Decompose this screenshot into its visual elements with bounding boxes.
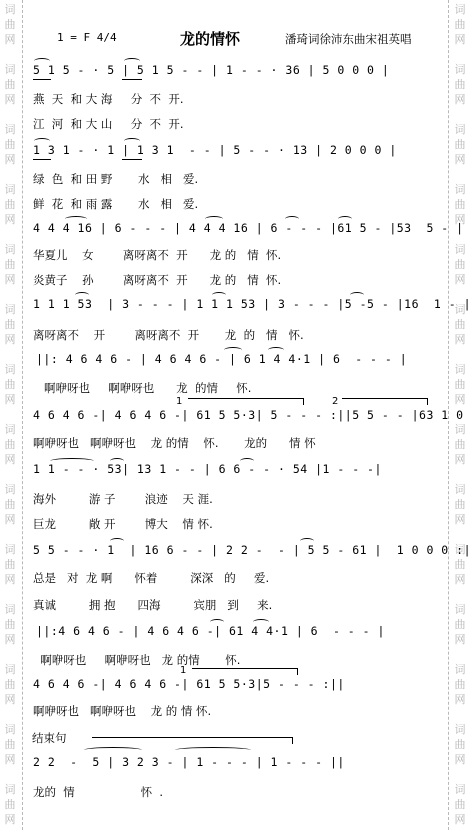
lyric-line-5: 啊咿呀也 啊咿呀也 龙 的情 怀. xyxy=(33,380,470,396)
slur xyxy=(212,292,226,298)
notation-line-7: 1 1 - - · 53| 13 1 - - | 6 6 - - · 54 |1… xyxy=(33,462,470,476)
underline-beam xyxy=(122,159,142,160)
slur xyxy=(210,619,224,625)
lyric-line-7b: 巨龙 敞 开 博大 情 怀. xyxy=(33,516,470,532)
slur xyxy=(124,58,140,64)
song-credits: 潘琦词徐沛东曲宋祖英唱 xyxy=(285,31,412,47)
ending-2-bracket xyxy=(342,398,428,405)
underline-beam xyxy=(33,79,51,80)
margin-divider-left xyxy=(22,0,23,830)
score-header: 1 = F 4/4 龙的情怀 潘琦词徐沛东曲宋祖英唱 xyxy=(0,28,470,48)
slur xyxy=(350,292,364,298)
lyric-line-7a: 海外 游 子 浪迹 天 涯. xyxy=(33,491,470,507)
notation-line-11: 2 2 - 5 | 3 2 3 - | 1 - - - | 1 - - - || xyxy=(33,755,470,769)
notation-line-1: 5 1 5 - · 5 | 5 1 5 - - | 1 - - · 36 | 5… xyxy=(33,63,470,77)
watermark-text: 词曲网 xyxy=(0,662,20,707)
slur xyxy=(175,747,251,753)
slur xyxy=(75,292,89,298)
watermark-text: 词曲网 xyxy=(0,482,20,527)
lyric-line-1a: 燕 天 和 大 海 分 不 开. xyxy=(33,91,470,107)
notation-line-4: 1 1 1 53 | 3 - - - | 1 1 1 53 | 3 - - - … xyxy=(33,297,470,311)
slur xyxy=(124,138,140,144)
ending-1-bracket xyxy=(188,398,304,405)
slur xyxy=(50,458,94,464)
slur xyxy=(224,347,242,353)
underline-beam xyxy=(33,159,51,160)
lyric-line-3b: 炎黄子 孙 离呀离不 开 龙 的 情 怀. xyxy=(33,272,470,288)
watermark-text: 词曲网 xyxy=(0,362,20,407)
lyric-line-11: 龙的 情 怀 . xyxy=(33,784,470,800)
ending-2-label: 2 xyxy=(332,396,338,407)
slur xyxy=(65,216,87,222)
slur xyxy=(240,458,254,464)
slur xyxy=(300,538,314,544)
slur xyxy=(253,619,269,625)
lyric-line-2a: 绿 色 和 田 野 水 相 爱. xyxy=(33,171,470,187)
watermark-text: 词曲网 xyxy=(0,242,20,287)
watermark-text: 词曲网 xyxy=(0,122,20,167)
notation-line-10: 4 6 4 6 -| 4 6 4 6 -| 61 5 5·3|5 - - - :… xyxy=(33,677,470,691)
slur xyxy=(110,458,124,464)
notation-line-6: 4 6 4 6 -| 4 6 4 6 -| 61 5 5·3| 5 - - - … xyxy=(33,408,470,422)
watermark-text: 词曲网 xyxy=(0,182,20,227)
slur xyxy=(205,216,223,222)
coda-label: 结束句 xyxy=(32,730,67,746)
lyric-line-1b: 江 河 和 大 山 分 不 开. xyxy=(33,116,470,132)
lyric-line-6: 啊咿呀也 啊咿呀也 龙 的情 怀. 龙的 情 怀 xyxy=(33,435,470,451)
notation-line-9: ||:4 6 4 6 - | 4 6 4 6 -| 61 4 4·1 | 6 -… xyxy=(36,624,470,638)
notation-line-5: ||: 4 6 4 6 - | 4 6 4 6 - | 6 1 4 4·1 | … xyxy=(36,352,470,366)
watermark-text: 词曲网 xyxy=(0,422,20,467)
slur xyxy=(84,747,142,753)
watermark-left: 词曲网词曲网词曲网词曲网词曲网词曲网词曲网词曲网词曲网词曲网词曲网词曲网词曲网词… xyxy=(0,0,20,830)
ending-1-label: 1 xyxy=(180,665,186,676)
ending-1-label: 1 xyxy=(176,396,182,407)
lyric-line-3a: 华夏儿 女 离呀离不 开 龙 的 情 怀. xyxy=(33,247,470,263)
watermark-text: 词曲网 xyxy=(0,602,20,647)
slur xyxy=(34,58,50,64)
slur xyxy=(34,138,50,144)
ending-1-bracket xyxy=(192,668,298,675)
watermark-text: 词曲网 xyxy=(0,302,20,347)
lyric-line-2b: 鲜 花 和 雨 露 水 相 爱. xyxy=(33,196,470,212)
lyric-line-8a: 总是 对 龙 啊 怀着 深深 的 爱. xyxy=(33,570,470,586)
watermark-text: 词曲网 xyxy=(0,782,20,827)
slur xyxy=(338,216,352,222)
lyric-line-9: 啊咿呀也 啊咿呀也 龙 的情 怀. xyxy=(33,652,470,668)
lyric-line-10: 啊咿呀也 啊咿呀也 龙 的 情 怀. xyxy=(33,703,470,719)
slur xyxy=(110,538,124,544)
watermark-text: 词曲网 xyxy=(0,62,20,107)
song-title: 龙的情怀 xyxy=(180,28,240,49)
lyric-line-8b: 真诚 拥 抱 四海 宾朋 到 来. xyxy=(33,597,470,613)
notation-line-8: 5 5 - - · 1 | 16 6 - - | 2 2 - - | 5 5 -… xyxy=(33,543,470,557)
coda-bracket xyxy=(92,737,293,744)
watermark-text: 词曲网 xyxy=(0,722,20,767)
underline-beam xyxy=(122,79,142,80)
notation-line-3: 4 4 4 16 | 6 - - - | 4 4 4 16 | 6 - - - … xyxy=(33,221,470,235)
slur xyxy=(268,347,284,353)
watermark-text: 词曲网 xyxy=(0,542,20,587)
slur xyxy=(285,216,299,222)
key-signature: 1 = F 4/4 xyxy=(57,31,117,44)
notation-line-2: 1 3 1 - · 1 | 1 3 1 - - | 5 - - · 13 | 2… xyxy=(33,143,470,157)
lyric-line-4: 离呀离不 开 离呀离不 开 龙 的 情 怀. xyxy=(33,327,470,343)
